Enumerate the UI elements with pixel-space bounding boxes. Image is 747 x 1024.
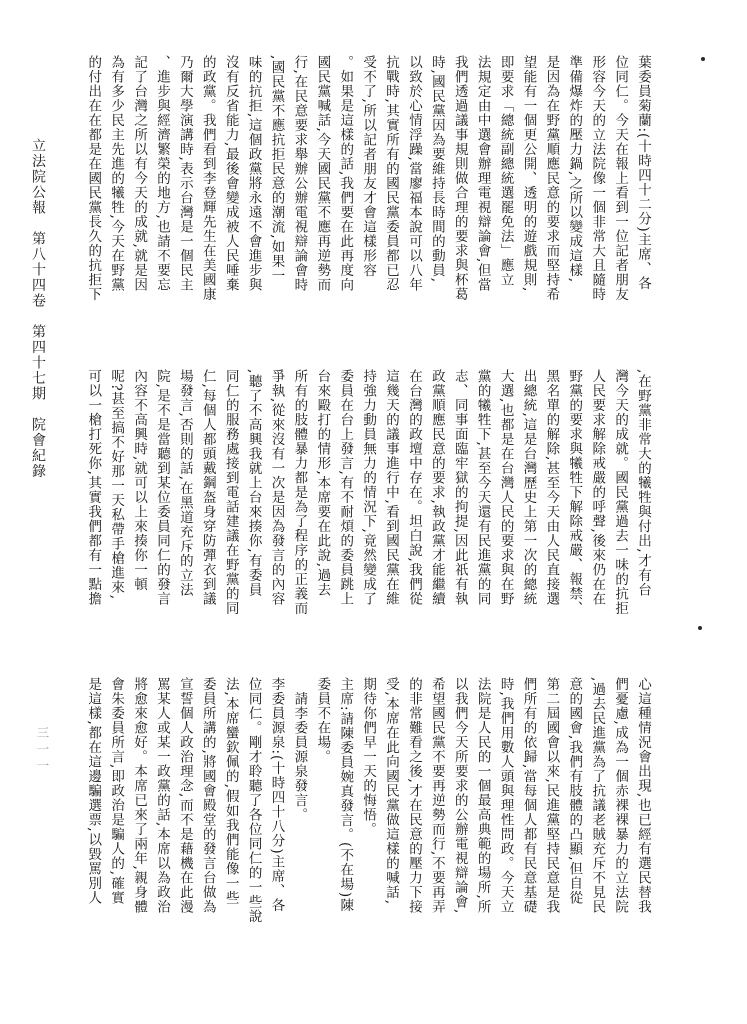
text-column: 宣誓個人政治理念,而不是藉機在此漫 xyxy=(173,677,196,933)
text-column: 期待你們早一天的悔悟。 xyxy=(356,677,379,933)
text-column: 請李委員源泉發言。 xyxy=(288,677,311,933)
text-column: 法規定由中選會辦理電視辯論會,但當 xyxy=(471,55,494,319)
text-column: 志、同事面臨牢獄的拘提,因此祇有執 xyxy=(448,369,471,625)
text-column: 法,本席蠻欽佩的,假如我們能像一些 xyxy=(219,677,242,933)
text-column: 第二屆國會以來,民進黨堅持民意是我 xyxy=(539,677,562,933)
text-column: 們所有的依歸,當每個人都有民意基礎 xyxy=(517,677,540,933)
text-column: 委員不在場。 xyxy=(310,677,333,933)
text-column: 出總統,這是台灣歷史上第一次的總統 xyxy=(517,369,540,625)
gazette-page: 立法院公報 第八十四卷 第四十七期 院會紀錄 三一一 葉委員菊蘭:(十時四十二分… xyxy=(0,0,747,1024)
text-column: 乃爾大學演講時,表示台灣是一個民主 xyxy=(173,55,196,319)
text-column: 法院是人民的一個最高典範的場所,所 xyxy=(471,677,494,933)
text-column: 以我們今天所要求的公辦電視辯論會, xyxy=(448,677,471,933)
text-column: 、進步與經濟繁榮的地方,也請不要忘 xyxy=(150,55,173,319)
text-column: 位同仁。剛才聆聽了各位同仁的一些說 xyxy=(242,677,265,933)
text-column: 味的抗拒,這個政黨將永遠不會進步與 xyxy=(242,55,265,319)
text-column: 爭執,從來沒有一次是因為發言的內容 xyxy=(265,369,288,625)
text-column: 委員在台上發言,有不耐煩的委員跳上 xyxy=(333,369,356,625)
text-column: 行,在民意要求舉辦公辦電視辯論會時 xyxy=(288,55,311,319)
text-column: 時,我們用數人頭與理性問政。今天立 xyxy=(494,677,517,933)
text-column: 人民要求解除戒嚴的呼聲,後來仍在在 xyxy=(585,369,608,625)
text-column: 記了台灣之所以有今天的成就,就是因 xyxy=(127,55,150,319)
page-number: 三一一 xyxy=(33,726,51,776)
text-column: 李委員源泉:(十時四十八分)主席、各 xyxy=(265,677,288,933)
text-column: 以致於心情浮躁,當廖福本說可以八年 xyxy=(402,55,425,319)
text-column: 灣今天的成就。國民黨過去一味的抗拒 xyxy=(608,369,631,625)
text-column: 將愈來愈好。本席已來了兩年,親身體 xyxy=(127,677,150,933)
text-column: 葉委員菊蘭:(十時四十二分)主席、各 xyxy=(631,55,654,319)
text-column: 意的國會,我們有肢體的凸顯,但自從 xyxy=(562,677,585,933)
text-column: 受不了,所以記者朋友才會這樣形容 xyxy=(356,55,379,319)
text-column: 場發言,否則的話,在黑道充斥的立法 xyxy=(173,369,196,625)
text-column: 準備爆炸的壓力鍋,之所以變成這樣, xyxy=(562,55,585,319)
text-column: 時,國民黨因為要維持長時間的動員, xyxy=(425,55,448,319)
text-column: 黨的犧牲下,甚至今天還有民進黨的同 xyxy=(471,369,494,625)
text-column: 野黨的要求與犧牲下解除戒嚴、報禁、 xyxy=(562,369,585,625)
text-column: 呢?甚至搞不好那一天私帶手槍進來, xyxy=(104,369,127,625)
text-column: 希望國民黨不要再逆勢而行,不要再弄 xyxy=(425,677,448,933)
margin-volume-label: 立法院公報 第八十四卷 第四十七期 院會紀錄 xyxy=(29,138,47,479)
text-column: 為有多少民主先進的犧牲,今天在野黨 xyxy=(104,55,127,319)
text-column: 會朱委員所言,即政治是騙人的,確實 xyxy=(104,677,127,933)
text-column: 持強力動員無力的情況下,竟然變成了 xyxy=(356,369,379,625)
text-column: 抗戰時,其實所有的國民黨委員都已忍 xyxy=(379,55,402,319)
text-column: 這幾天的議事進行中,看到國民黨在維 xyxy=(379,369,402,625)
text-column: 在台灣的政壇中存在。坦白說,我們從 xyxy=(402,369,425,625)
scan-artifact-dot xyxy=(698,626,702,630)
text-column: 主席:請陳委員婉真發言。(不在場)陳 xyxy=(333,677,356,933)
text-column: 所有的肢體暴力都是為了程序的正義而 xyxy=(288,369,311,625)
text-band-top: 葉委員菊蘭:(十時四十二分)主席、各位同仁。今天在報上看到一位記者朋友形容今天的… xyxy=(81,55,654,319)
text-column: 我們透過議事規則做合理的要求與杯葛 xyxy=(448,55,471,319)
text-column: 黑名單的解除,甚至今天由人民直接選 xyxy=(539,369,562,625)
text-column: 同仁的服務處接到電話建議在野黨的同 xyxy=(219,369,242,625)
text-column: 即要求「總統副總統選罷免法」應立 xyxy=(494,55,517,319)
text-column: ,國民黨不應抗拒民意的潮流,如果一 xyxy=(265,55,288,319)
text-column: 受,本席在此向國民黨做這樣的喊話, xyxy=(379,677,402,933)
text-column: 心這種情況會出現,也已經有選民替我 xyxy=(631,677,654,933)
text-column: 們憂慮,成為一個赤裸裸暴力的立法院 xyxy=(608,677,631,933)
text-column: 可以一槍打死你,其實我們都有一點擔 xyxy=(81,369,104,625)
text-column: 仁,每個人都頭戴鋼盔身穿防彈衣到議 xyxy=(196,369,219,625)
text-column: 的付出在在都是在國民黨長久的抗拒下 xyxy=(81,55,104,319)
text-band-middle: ,在野黨非常大的犧牲與付出,才有台灣今天的成就。國民黨過去一味的抗拒人民要求解除… xyxy=(81,369,654,625)
text-column: 院,是不是當聽到某位委員同仁的發言 xyxy=(150,369,173,625)
text-column: 國民黨喊話,今天國民黨不應再逆勢而 xyxy=(310,55,333,319)
text-column: ,在野黨非常大的犧牲與付出,才有台 xyxy=(631,369,654,625)
text-column: 台來毆打的情形,本席要在此說,過去 xyxy=(310,369,333,625)
text-column: ,過去民進黨為了抗議老賊充斥不見民 xyxy=(585,677,608,933)
text-column: 形容今天的立法院像一個非常大且隨時 xyxy=(585,55,608,319)
text-column: 沒有反省能力,最後會變成被人民唾棄 xyxy=(219,55,242,319)
text-column: 的政黨。我們看到李登輝先生在美國康 xyxy=(196,55,219,319)
text-column: 政黨順應民意的要求,執政黨才能繼續 xyxy=(425,369,448,625)
text-column: 委員所講的,將國會殿堂的發言台做為 xyxy=(196,677,219,933)
text-column: 內容不高興時,就可以上來揍你一頓 xyxy=(127,369,150,625)
text-column: 是因為在野黨順應民意的要求而堅持希 xyxy=(539,55,562,319)
text-column: ,聽了不高興我就上台來揍你,有委員 xyxy=(242,369,265,625)
text-column: 的非常難看之後,才在民意的壓力下接 xyxy=(402,677,425,933)
text-column: 位同仁。今天在報上看到一位記者朋友 xyxy=(608,55,631,319)
text-column: 。如果是這樣的話,我們要在此再度向 xyxy=(333,55,356,319)
text-column: 望能有一個更公開、透明的遊戲規則, xyxy=(517,55,540,319)
text-column: 是這樣,都在這邊騙選票,以毀罵別人 xyxy=(81,677,104,933)
text-column: 大選,也都是在台灣人民的要求與在野 xyxy=(494,369,517,625)
scan-artifact-dot xyxy=(701,57,705,61)
text-band-bottom: 心這種情況會出現,也已經有選民替我們憂慮,成為一個赤裸裸暴力的立法院,過去民進黨… xyxy=(81,677,654,933)
text-column: 罵某人或某一政黨的話,本席以為政治 xyxy=(150,677,173,933)
